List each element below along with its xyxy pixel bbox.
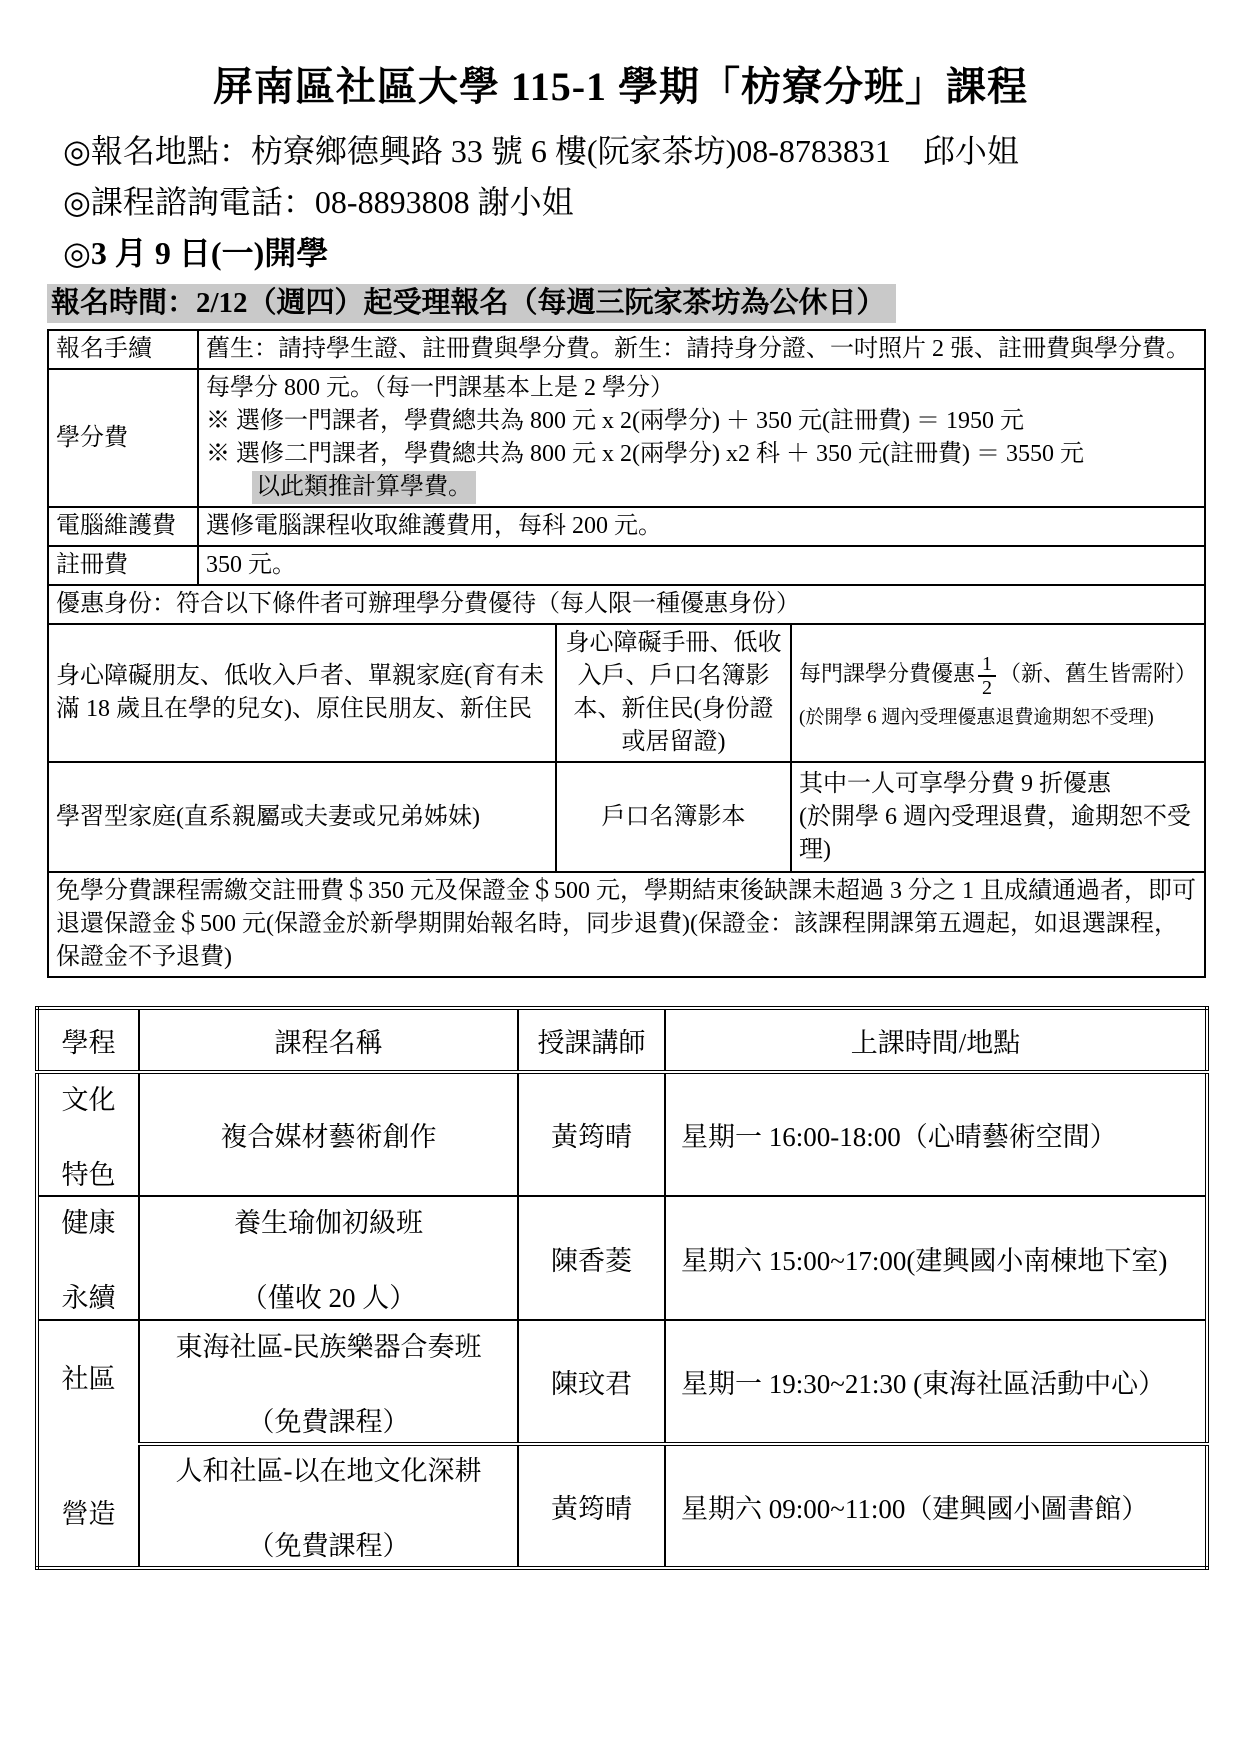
course4-name: 人和社區-以在地文化深耕 （免費課程）: [139, 1444, 518, 1568]
fraction-numerator: 1: [978, 653, 996, 677]
courses-header-row: 學程 課程名稱 授課講師 上課時間/地點: [37, 1008, 1207, 1072]
fraction-denominator: 2: [978, 677, 996, 699]
course2-name-line2: （僅收 20 人）: [141, 1276, 516, 1315]
course3-name-line2: （免費課程）: [141, 1400, 516, 1439]
discount-header-text: 優惠身份：符合以下條件者可辦理學分費優待（每人限一種優惠身份）: [48, 585, 1205, 624]
fees-row-discount-header: 優惠身份：符合以下條件者可辦理學分費優待（每人限一種優惠身份）: [48, 585, 1205, 624]
page-title: 屏南區社區大學 115-1 學期「枋寮分班」課程: [0, 0, 1241, 112]
procedure-label: 報名手續: [48, 330, 198, 369]
fees-row-registration-fee: 註冊費 350 元。: [48, 546, 1205, 585]
course3-teacher: 陳玟君: [518, 1320, 665, 1444]
computer-fee-label: 電腦維護費: [48, 507, 198, 546]
course3-name-line1: 東海社區-民族樂器合奏班: [141, 1325, 516, 1364]
course2-time-place: 星期六 15:00~17:00(建興國小南棟地下室): [665, 1196, 1207, 1320]
course-row-2: 健康 永續 養生瑜伽初級班 （僅收 20 人） 陳香菱 星期六 15:00~17…: [37, 1196, 1207, 1320]
category-community: 社區 營造: [37, 1320, 139, 1568]
fees-row-credit-fee: 學分費 每學分 800 元。（每一門課基本上是 2 學分） ※ 選修一門課者，學…: [48, 369, 1205, 507]
registration-time-highlight: 報名時間：2/12（週四）起受理報名（每週三阮家茶坊為公休日）: [47, 284, 896, 323]
computer-fee-text: 選修電腦課程收取維護費用，每科 200 元。: [198, 507, 1205, 546]
registration-time-wrap: 報名時間：2/12（週四）起受理報名（每週三阮家茶坊為公休日）: [47, 284, 1241, 323]
discount1-eligible: 身心障礙朋友、低收入戶者、單親家庭(育有未滿 18 歲且在學的兒女)、原住民朋友…: [48, 624, 556, 762]
category-community-line1: 社區: [40, 1357, 137, 1396]
col-header-teacher: 授課講師: [518, 1008, 665, 1072]
deposit-note-text: 免學分費課程需繳交註冊費＄350 元及保證金＄500 元，學期結束後缺課未超過 …: [48, 872, 1205, 977]
discount-row-2: 學習型家庭(直系親屬或夫妻或兄弟姊妹) 戶口名簿影本 其中一人可享學分費 9 折…: [48, 762, 1205, 872]
discount1-benefit-line: 每門課學分費優惠12（新、舊生皆需附）: [799, 653, 1197, 699]
fees-row-deposit-note: 免學分費課程需繳交註冊費＄350 元及保證金＄500 元，學期結束後缺課未超過 …: [48, 872, 1205, 977]
discount2-eligible: 學習型家庭(直系親屬或夫妻或兄弟姊妹): [48, 762, 556, 872]
fees-row-computer-fee: 電腦維護費 選修電腦課程收取維護費用，每科 200 元。: [48, 507, 1205, 546]
credit-fee-line4: 以此類推計算學費。: [206, 471, 1197, 504]
header-info: ◎報名地點：枋寮鄉德興路 33 號 6 樓(阮家茶坊)08-8783831 邱小…: [63, 126, 1241, 279]
col-header-course-name: 課程名稱: [139, 1008, 518, 1072]
discount2-benefit-line2: (於開學 6 週內受理退費，逾期恕不受理): [799, 801, 1197, 867]
course4-name-line1: 人和社區-以在地文化深耕: [141, 1449, 516, 1488]
info-line-phone: ◎課程諮詢電話：08-8893808 謝小姐: [63, 177, 1241, 228]
procedure-text: 舊生：請持學生證、註冊費與學分費。新生：請持身分證、一吋照片 2 張、註冊費與學…: [198, 330, 1205, 369]
discount1-documents: 身心障礙手冊、低收入戶、戶口名簿影本、新住民(身份證或居留證): [556, 624, 791, 762]
category-health-line2: 永續: [40, 1276, 137, 1315]
discount2-benefit: 其中一人可享學分費 9 折優惠 (於開學 6 週內受理退費，逾期恕不受理): [791, 762, 1205, 872]
course1-teacher: 黃筠晴: [518, 1072, 665, 1196]
fees-row-procedure: 報名手續 舊生：請持學生證、註冊費與學分費。新生：請持身分證、一吋照片 2 張、…: [48, 330, 1205, 369]
credit-fee-line3: ※ 選修二門課者，學費總共為 800 元 x 2(兩學分) x2 科 ＋ 350…: [206, 438, 1197, 471]
course4-name-line2: （免費課程）: [141, 1524, 516, 1563]
course-row-3: 社區 營造 東海社區-民族樂器合奏班 （免費課程） 陳玟君 星期一 19:30~…: [37, 1320, 1207, 1444]
course4-teacher: 黃筠晴: [518, 1444, 665, 1568]
info-line-opening: ◎3 月 9 日(一)開學: [63, 228, 1241, 279]
category-culture: 文化 特色: [37, 1072, 139, 1196]
course4-time-place: 星期六 09:00~11:00（建興國小圖書館）: [665, 1444, 1207, 1568]
category-culture-line2: 特色: [40, 1153, 137, 1192]
discount1-benefit-suffix: （新、舊生皆需附）: [999, 661, 1197, 686]
registration-fee-text: 350 元。: [198, 546, 1205, 585]
discount1-benefit-prefix: 每門課學分費優惠: [799, 661, 975, 686]
course3-name: 東海社區-民族樂器合奏班 （免費課程）: [139, 1320, 518, 1444]
course2-teacher: 陳香菱: [518, 1196, 665, 1320]
course-row-4: 人和社區-以在地文化深耕 （免費課程） 黃筠晴 星期六 09:00~11:00（…: [37, 1444, 1207, 1568]
category-health-line1: 健康: [40, 1201, 137, 1240]
credit-fee-line1: 每學分 800 元。（每一門課基本上是 2 學分）: [206, 372, 1197, 405]
credit-fee-line2: ※ 選修一門課者，學費總共為 800 元 x 2(兩學分) ＋ 350 元(註冊…: [206, 405, 1197, 438]
registration-fee-label: 註冊費: [48, 546, 198, 585]
document-page: 屏南區社區大學 115-1 學期「枋寮分班」課程 ◎報名地點：枋寮鄉德興路 33…: [0, 0, 1241, 1755]
discount1-benefit-note: (於開學 6 週內受理優惠退費逾期恕不受理): [799, 701, 1197, 734]
credit-fee-detail: 每學分 800 元。（每一門課基本上是 2 學分） ※ 選修一門課者，學費總共為…: [198, 369, 1205, 507]
discount2-benefit-line1: 其中一人可享學分費 9 折優惠: [799, 768, 1197, 801]
course-row-1: 文化 特色 複合媒材藝術創作 黃筠晴 星期一 16:00-18:00（心晴藝術空…: [37, 1072, 1207, 1196]
category-culture-line1: 文化: [40, 1078, 137, 1117]
col-header-time-place: 上課時間/地點: [665, 1008, 1207, 1072]
course2-name: 養生瑜伽初級班 （僅收 20 人）: [139, 1196, 518, 1320]
credit-fee-label: 學分費: [48, 369, 198, 507]
col-header-program: 學程: [37, 1008, 139, 1072]
course1-name: 複合媒材藝術創作: [139, 1072, 518, 1196]
category-health: 健康 永續: [37, 1196, 139, 1320]
courses-table: 學程 課程名稱 授課講師 上課時間/地點 文化 特色 複合媒材藝術創作 黃筠晴 …: [35, 1006, 1209, 1570]
discount-row-1: 身心障礙朋友、低收入戶者、單親家庭(育有未滿 18 歲且在學的兒女)、原住民朋友…: [48, 624, 1205, 762]
course2-name-line1: 養生瑜伽初級班: [141, 1201, 516, 1240]
one-half-fraction: 12: [978, 653, 996, 699]
credit-fee-highlighted-note: 以此類推計算學費。: [252, 471, 476, 504]
info-line-location: ◎報名地點：枋寮鄉德興路 33 號 6 樓(阮家茶坊)08-8783831 邱小…: [63, 126, 1241, 177]
discount1-benefit: 每門課學分費優惠12（新、舊生皆需附） (於開學 6 週內受理優惠退費逾期恕不受…: [791, 624, 1205, 762]
category-community-line2: 營造: [40, 1492, 137, 1531]
discount2-documents: 戶口名簿影本: [556, 762, 791, 872]
course3-time-place: 星期一 19:30~21:30 (東海社區活動中心）: [665, 1320, 1207, 1444]
course1-time-place: 星期一 16:00-18:00（心晴藝術空間）: [665, 1072, 1207, 1196]
fees-table: 報名手續 舊生：請持學生證、註冊費與學分費。新生：請持身分證、一吋照片 2 張、…: [47, 329, 1206, 978]
